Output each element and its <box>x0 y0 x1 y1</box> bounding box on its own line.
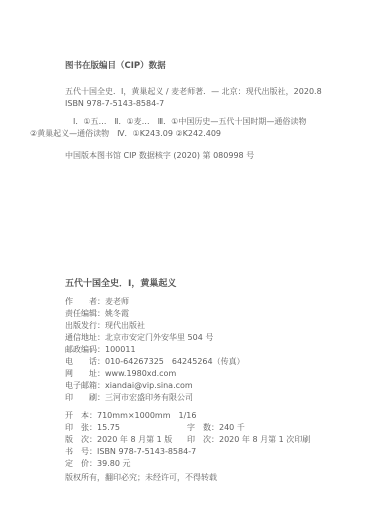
info-row-printer: 印 刷：三河市宏盛印务有限公司 <box>65 392 365 404</box>
cip-classification-line1: Ⅰ．①五… Ⅱ．①麦… Ⅲ．①中国历史—五代十国时期—通俗读物 <box>65 116 365 128</box>
spec-row-isbn: 书 号：ISBN 978-7-5143-8584-7 <box>65 446 365 458</box>
info-label: 作 者： <box>65 297 105 306</box>
spec-label: 开 本： <box>65 411 97 420</box>
book-title: 五代十国全史．Ⅰ，黄巢起义 <box>65 276 176 289</box>
info-row-publisher: 出版发行：现代出版社 <box>65 320 365 332</box>
info-label: 电 话： <box>65 357 105 366</box>
spec-row-format: 开 本：710mm×1000mm 1/16 <box>65 410 365 422</box>
info-value: xiandai@vip.sina.com <box>105 381 193 390</box>
info-value: 三河市宏盛印务有限公司 <box>105 393 193 402</box>
info-label: 网 址： <box>65 369 105 378</box>
info-value: 北京市安定门外安华里 504 号 <box>105 333 213 342</box>
cip-classification-line2: ②黄巢起义—通俗读物 Ⅳ．①K243.09 ②K242.409 <box>30 128 365 140</box>
info-row-address: 通信地址：北京市安定门外安华里 504 号 <box>65 332 365 344</box>
info-row-postcode: 邮政编码：100011 <box>65 344 365 356</box>
copyright-notice: 版权所有，翻印必究；未经许可，不得转载 <box>65 472 217 483</box>
cip-record-number: 中国版本图书馆 CIP 数据核字 (2020) 第 080998 号 <box>65 150 365 162</box>
spec-value: ISBN 978-7-5143-8584-7 <box>97 447 196 456</box>
spec-value2: 2020 年 8 月第 1 次印刷 <box>219 435 310 444</box>
print-spec-block: 开 本：710mm×1000mm 1/16 印 张：15.75 字 数：240 … <box>65 410 365 470</box>
spec-label: 印 张： <box>65 423 97 432</box>
spec-col2: 印 次：2020 年 8 月第 1 次印刷 <box>187 434 310 446</box>
info-value: 100011 <box>105 345 136 354</box>
info-label: 出版发行： <box>65 321 105 330</box>
info-value: 现代出版社 <box>105 321 145 330</box>
publication-info-block: 作 者：麦老师 责任编辑：姚冬霞 出版发行：现代出版社 通信地址：北京市安定门外… <box>65 296 365 404</box>
cip-block: 图书在版编目（CIP）数据 五代十国全史．Ⅰ，黄巢起义 / 麦老师著．— 北京：… <box>65 60 365 162</box>
spec-row-price: 定 价：39.80 元 <box>65 458 365 470</box>
info-value: 麦老师 <box>105 297 129 306</box>
info-row-website: 网 址：www.1980xd.com <box>65 368 365 380</box>
info-row-email: 电子邮箱：xiandai@vip.sina.com <box>65 380 365 392</box>
spec-col2: 字 数：240 千 <box>187 422 245 434</box>
spec-value: 39.80 元 <box>97 459 130 468</box>
info-row-author: 作 者：麦老师 <box>65 296 365 308</box>
info-value: 010-64267325 64245264（传真） <box>105 357 245 366</box>
info-label: 责任编辑： <box>65 309 105 318</box>
info-label: 邮政编码： <box>65 345 105 354</box>
copyright-page: 图书在版编目（CIP）数据 五代十国全史．Ⅰ，黄巢起义 / 麦老师著．— 北京：… <box>0 0 375 529</box>
spec-value2: 240 千 <box>219 423 245 432</box>
info-label: 印 刷： <box>65 393 105 402</box>
info-value: 姚冬霞 <box>105 309 129 318</box>
spec-value: 710mm×1000mm 1/16 <box>97 411 196 420</box>
spec-value: 2020 年 8 月第 1 版 <box>97 435 172 444</box>
spec-row-edition: 版 次：2020 年 8 月第 1 版 印 次：2020 年 8 月第 1 次印… <box>65 434 365 446</box>
spec-label: 定 价： <box>65 459 97 468</box>
spec-label: 书 号： <box>65 447 97 456</box>
info-label: 通信地址： <box>65 333 105 342</box>
info-value: www.1980xd.com <box>105 369 176 378</box>
info-row-editor: 责任编辑：姚冬霞 <box>65 308 365 320</box>
spec-label: 版 次： <box>65 435 97 444</box>
cip-title-line: 五代十国全史．Ⅰ，黄巢起义 / 麦老师著．— 北京：现代出版社，2020.8 <box>65 86 365 98</box>
cip-header: 图书在版编目（CIP）数据 <box>65 60 365 72</box>
spec-label2: 印 次： <box>187 435 219 444</box>
spec-row-sheets: 印 张：15.75 字 数：240 千 <box>65 422 365 434</box>
spec-value: 15.75 <box>97 423 120 432</box>
spec-label2: 字 数： <box>187 423 219 432</box>
cip-isbn-line: ISBN 978-7-5143-8584-7 <box>65 98 365 110</box>
info-label: 电子邮箱： <box>65 381 105 390</box>
info-row-phone: 电 话：010-64267325 64245264（传真） <box>65 356 365 368</box>
